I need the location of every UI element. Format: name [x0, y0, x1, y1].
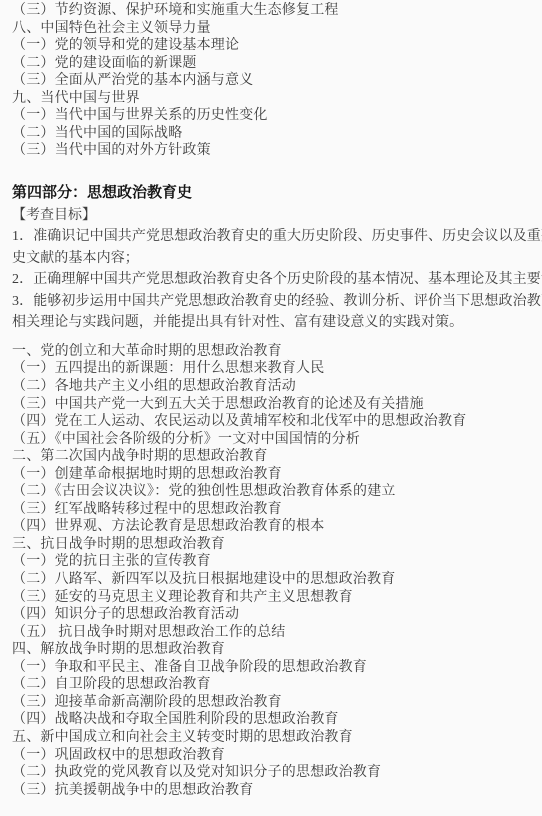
- outline-line: 八、中国特色社会主义领导力量: [12, 20, 532, 38]
- outline-line: 一、党的创立和大革命时期的思想政治教育: [12, 343, 532, 361]
- outline-line: 四、解放战争时期的思想政治教育: [12, 641, 532, 659]
- outline-line: （一）五四提出的新课题：用什么思想来教育人民: [12, 360, 532, 378]
- outline-line: （一）党的领导和党的建设基本理论: [12, 37, 532, 55]
- outline-line: （三）全面从严治党的基本内涵与意义: [12, 72, 532, 90]
- objective-line: 2．正确理解中国共产党思想政治教育史各个历史阶段的基本情况、基本理论及其主要论述…: [12, 269, 532, 291]
- objective-line: 3．能够初步运用中国共产党思想政治教育史的经验、教训分析、评价当下思想政治教育的: [12, 291, 532, 313]
- outline-line: （三）迎接革命新高潮阶段的思想政治教育: [12, 694, 532, 712]
- outline-line: （四）世界观、方法论教育是思想政治教育的根本: [12, 518, 532, 536]
- outline-line: （三）当代中国的对外方针政策: [12, 142, 532, 160]
- objective-line: 1．准确识记中国共产党思想政治教育史的重大历史阶段、历史事件、历史会议以及重要历: [12, 226, 532, 248]
- objectives-label: 【考查目标】: [12, 205, 532, 227]
- outline-line: （四）知识分子的思想政治教育活动: [12, 606, 532, 624]
- objective-line: 史文献的基本内容；: [12, 248, 532, 270]
- section-heading: 第四部分：思想政治教育史: [12, 184, 532, 202]
- outline-top: （三）节约资源、保护环境和实施重大生态修复工程八、中国特色社会主义领导力量（一）…: [12, 2, 532, 160]
- outline-line: （一）争取和平民主、准备自卫战争阶段的思想政治教育: [12, 659, 532, 677]
- outline-line: 九、当代中国与世界: [12, 90, 532, 108]
- outline-line: （三）中国共产党一大到五大关于思想政治教育的论述及有关措施: [12, 396, 532, 414]
- outline-line: 三、抗日战争时期的思想政治教育: [12, 536, 532, 554]
- outline-main: 一、党的创立和大革命时期的思想政治教育（一）五四提出的新课题：用什么思想来教育人…: [12, 343, 532, 799]
- objectives-paragraphs: 1．准确识记中国共产党思想政治教育史的重大历史阶段、历史事件、历史会议以及重要历…: [12, 226, 532, 334]
- outline-line: （三）延安的马克思主义理论教育和共产主义思想教育: [12, 589, 532, 607]
- outline-line: 二、第二次国内战争时期的思想政治教育: [12, 448, 532, 466]
- outline-line: （二）各地共产主义小组的思想政治教育活动: [12, 378, 532, 396]
- outline-line: （二）八路军、新四军以及抗日根据地建设中的思想政治教育: [12, 571, 532, 589]
- outline-line: 五、新中国成立和向社会主义转变时期的思想政治教育: [12, 729, 532, 747]
- outline-line: （三）红军战略转移过程中的思想政治教育: [12, 501, 532, 519]
- document-page: （三）节约资源、保护环境和实施重大生态修复工程八、中国特色社会主义领导力量（一）…: [0, 0, 542, 816]
- outline-line: （一）党的抗日主张的宣传教育: [12, 553, 532, 571]
- outline-line: （三）抗美援朝战争中的思想政治教育: [12, 782, 532, 800]
- outline-line: （二）自卫阶段的思想政治教育: [12, 676, 532, 694]
- outline-line: （五） 抗日战争时期对思想政治工作的总结: [12, 624, 532, 642]
- outline-line: （二）执政党的党风教育以及党对知识分子的思想政治教育: [12, 764, 532, 782]
- outline-line: （一）当代中国与世界关系的历史性变化: [12, 107, 532, 125]
- outline-line: （一）创建革命根据地时期的思想政治教育: [12, 466, 532, 484]
- outline-line: （四）党在工人运动、农民运动以及黄埔军校和北伐军中的思想政治教育: [12, 413, 532, 431]
- outline-line: （三）节约资源、保护环境和实施重大生态修复工程: [12, 2, 532, 20]
- outline-line: （二）当代中国的国际战略: [12, 125, 532, 143]
- outline-line: （二）党的建设面临的新课题: [12, 55, 532, 73]
- outline-line: （一）巩固政权中的思想政治教育: [12, 747, 532, 765]
- objective-line: 相关理论与实践问题，并能提出具有针对性、富有建设意义的实践对策。: [12, 312, 532, 334]
- outline-line: （四）战略决战和夺取全国胜利阶段的思想政治教育: [12, 711, 532, 729]
- outline-line: （二）《古田会议决议》：党的独创性思想政治教育体系的建立: [12, 483, 532, 501]
- outline-line: （五）《中国社会各阶级的分析》一文对中国国情的分析: [12, 431, 532, 449]
